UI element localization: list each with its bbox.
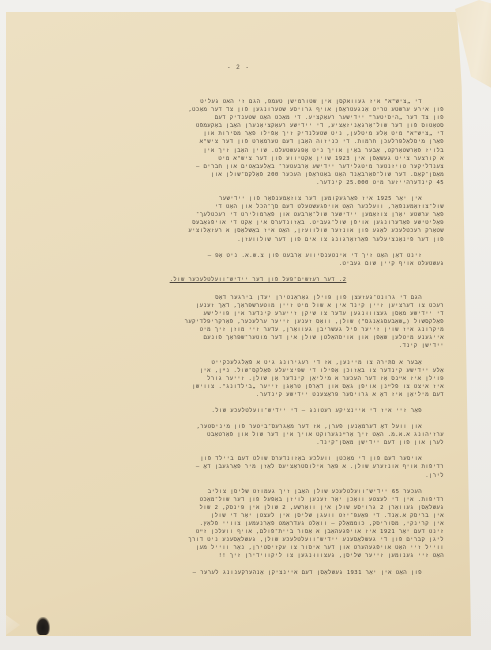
text-line: איז איצט צו פֿלײנן אויפֿן גאַס און דאַרפ… (72, 383, 444, 391)
text-line: די „ציש"א" מיט אַלע מיטלען, ניט שטעלנדיק… (72, 130, 444, 138)
section-paragraphs: הגם די גרונט־געזעצן פֿון פּוילן גאַראַנט… (72, 294, 444, 577)
text-line: לערן און פֿון דעם ייִדישן מאַסן־קינד. (72, 439, 444, 447)
document-body: די „ציש"א" איז געוואקסן אין שטורמישן טעמ… (72, 98, 444, 585)
paragraph: אָבער א סתירה צו מיינען, אז די רעגירונג … (72, 359, 444, 399)
paragraph: אין יאָר 1925 איז פֿאַרגעקומען דער צוזאַ… (72, 195, 444, 244)
paragraph: די „ציש"א" איז געוואקסן אין שטורמישן טעמ… (72, 98, 444, 187)
text-line: פֿון האָט אין יאָר 1931 געשלאָסן דעם איי… (72, 569, 444, 577)
text-line: ליִרן. (72, 472, 444, 480)
text-line: אין קרינקי, מסוריסק, כוממאָלק – וואָלט ג… (72, 520, 444, 528)
text-line: זינט דאַן האָט זיך די אינטענסיווע אַרבעט… (72, 252, 444, 260)
text-line: פֿאַר ערשטע יאָרן צוזאַמען ייִדישער שול־… (72, 211, 444, 219)
text-line: ליגן קברים פֿון די געשלאָסענע ייִדיש־ווע… (72, 536, 444, 544)
thumbprint-smudge (36, 617, 50, 635)
paragraph: אויסער דעם פֿון די מאַכטן וועלכע באַזונד… (72, 455, 444, 479)
paragraph: און וועל דאָ דערמאָנען פֿערן, אז דער מאָ… (72, 423, 444, 447)
text-line: אין בריסק א.אַנד. די פּאָעפּ־יזט וועגן ש… (72, 512, 444, 520)
text-line: רדיפֿות אויף אונזערע שולן. א פּאָר אילוס… (72, 463, 444, 471)
page-number: - 2 - (6, 64, 471, 71)
text-line: בלויז פֿאַרשטאַרקט, אָבער באַין אויך ניט… (72, 147, 444, 155)
text-line: אָבער א סתירה צו מיינען, אז די רעגירונג … (72, 359, 444, 367)
text-line: א קורצער צייט געשאַפֿן אין 1923 שוין אַק… (72, 155, 444, 163)
text-line: אויסער דעם פֿון די מאַכטן וועלכע באַזונד… (72, 455, 444, 463)
text-line: פֿאָלקסשול („שאַבעסגאַנגס") שולן, וואָס … (72, 318, 444, 326)
text-line: הגם די גרונט־געזעצן פֿון פּוילן גאַראַנט… (72, 294, 444, 302)
text-line: פּאָליטישע פֿאָדערונגען אויפֿן שול־געביט… (72, 219, 444, 227)
section-heading: 2. דער רעזשים־פּעל פֿון דער ייִדיש־וועלט… (72, 276, 444, 284)
text-line: און וועל דאָ דערמאָנען פֿערן, אז דער מאָ… (72, 423, 444, 431)
text-line: פֿון צד דער „היסיטער" ייִדישער רעאַקציע.… (72, 114, 444, 122)
text-line: שטאַרק רעכטלעכע לאַגע פֿון אונזער שולווע… (72, 227, 444, 235)
text-line: העכער 65 ייִדיש־וועלטלעכע שולן האָבן זיך… (72, 488, 444, 496)
paragraph: העכער 65 ייִדיש־וועלטלעכע שולן האָבן זיך… (72, 488, 444, 561)
text-line: געשטעלט אויף קיין שום געביט. (72, 260, 444, 268)
text-line: ערזיהונג א.א.מ. האָט זיך אָרײנגערוקט אוי… (72, 431, 444, 439)
text-line: פֿון אירע ערשטע טריט אַנגעטראָפֿן אויף ג… (72, 106, 444, 114)
text-line: זינט דעם יאָר 1921 איז אויפֿגעהאָבן א אַ… (72, 528, 444, 536)
paragraph: פֿאַר זיי איז די איינציקע רעטונג – די יי… (72, 407, 444, 415)
text-line: די ייִדישע מאַסן געצוווּנגען עדער צו שיק… (72, 310, 444, 318)
text-line: צענדליקער טויזנטער מיטגלידער ייִדישע אַר… (72, 163, 444, 171)
text-line: פֿאַר זיי איז די איינציקע רעטונג – די יי… (72, 407, 444, 415)
text-line: מאַסן־קאַס. דער שול־פֿאַרבאַנד האָט באַט… (72, 171, 444, 179)
text-line: פֿון דער פֿינאַנציעלער פֿאַרזאָרגונג צו … (72, 236, 444, 244)
text-line: פּוילן איז אײנס אָז דער העכער א מיליאָן … (72, 375, 444, 383)
text-line: פֿאַרן מיסלאַלפּרלעכן חרמות. די כניזוה ה… (72, 138, 444, 146)
text-line: שול־צוזאַמענפֿאָר, וועלכער האָט אויפֿגעש… (72, 203, 444, 211)
text-line: 45 קינדערהייזער מיט 25.000 קינדער. (72, 179, 444, 187)
paragraph: פֿון האָט אין יאָר 1931 געשלאָסן דעם איי… (72, 569, 444, 577)
text-line: סטאַטוס פֿון דער שול־אָרגאַניזאַציע, די … (72, 122, 444, 130)
text-line: דעם מיליאָן איז דאָ א גרויסער פּראָצענט … (72, 391, 444, 399)
text-line: געשלאָסן געוואָרן 2 גרויסע שולן אין וואַ… (72, 504, 444, 512)
document-page: - 2 - די „ציש"א" איז געוואקסן אין שטורמי… (6, 12, 471, 636)
text-line: ווייל זיי האָט אויפֿגעהערט און דער איסור… (72, 544, 444, 552)
text-line: רדיפֿות. אין די לעצטע וואָכן יאָר זענען … (72, 496, 444, 504)
paragraph: זינט דאַן האָט זיך די אינטענסיווע אַרבעט… (72, 252, 444, 268)
text-line: די „ציש"א" איז געוואקסן אין שטורמישן טעמ… (72, 98, 444, 106)
text-line: רעכט צו דערציִען זיין קינד אין א שול מיט… (72, 302, 444, 310)
text-line: מיקרונג איז שוין זייער פֿיל געשריבן געוו… (72, 326, 444, 334)
text-line: ייִדישן קינד. (72, 342, 444, 350)
text-line: אייגענע מיטלען שאַפֿן און אויסהאַלטן שול… (72, 334, 444, 342)
intro-paragraphs: די „ציש"א" איז געוואקסן אין שטורמישן טעמ… (72, 98, 444, 268)
paragraph: הגם די גרונט־געזעצן פֿון פּוילן גאַראַנט… (72, 294, 444, 351)
text-line: אין יאָר 1925 איז פֿאַרגעקומען דער צוזאַ… (72, 195, 444, 203)
scan-scene: - 2 - די „ציש"א" איז געוואקסן אין שטורמי… (0, 0, 491, 650)
text-line: האָט זיי גענומען זייער שליסן, געצוווּנגע… (72, 552, 444, 560)
text-line: אַלע ייִדישע קינדער צו באַזוכן אַפֿילו ד… (72, 367, 444, 375)
